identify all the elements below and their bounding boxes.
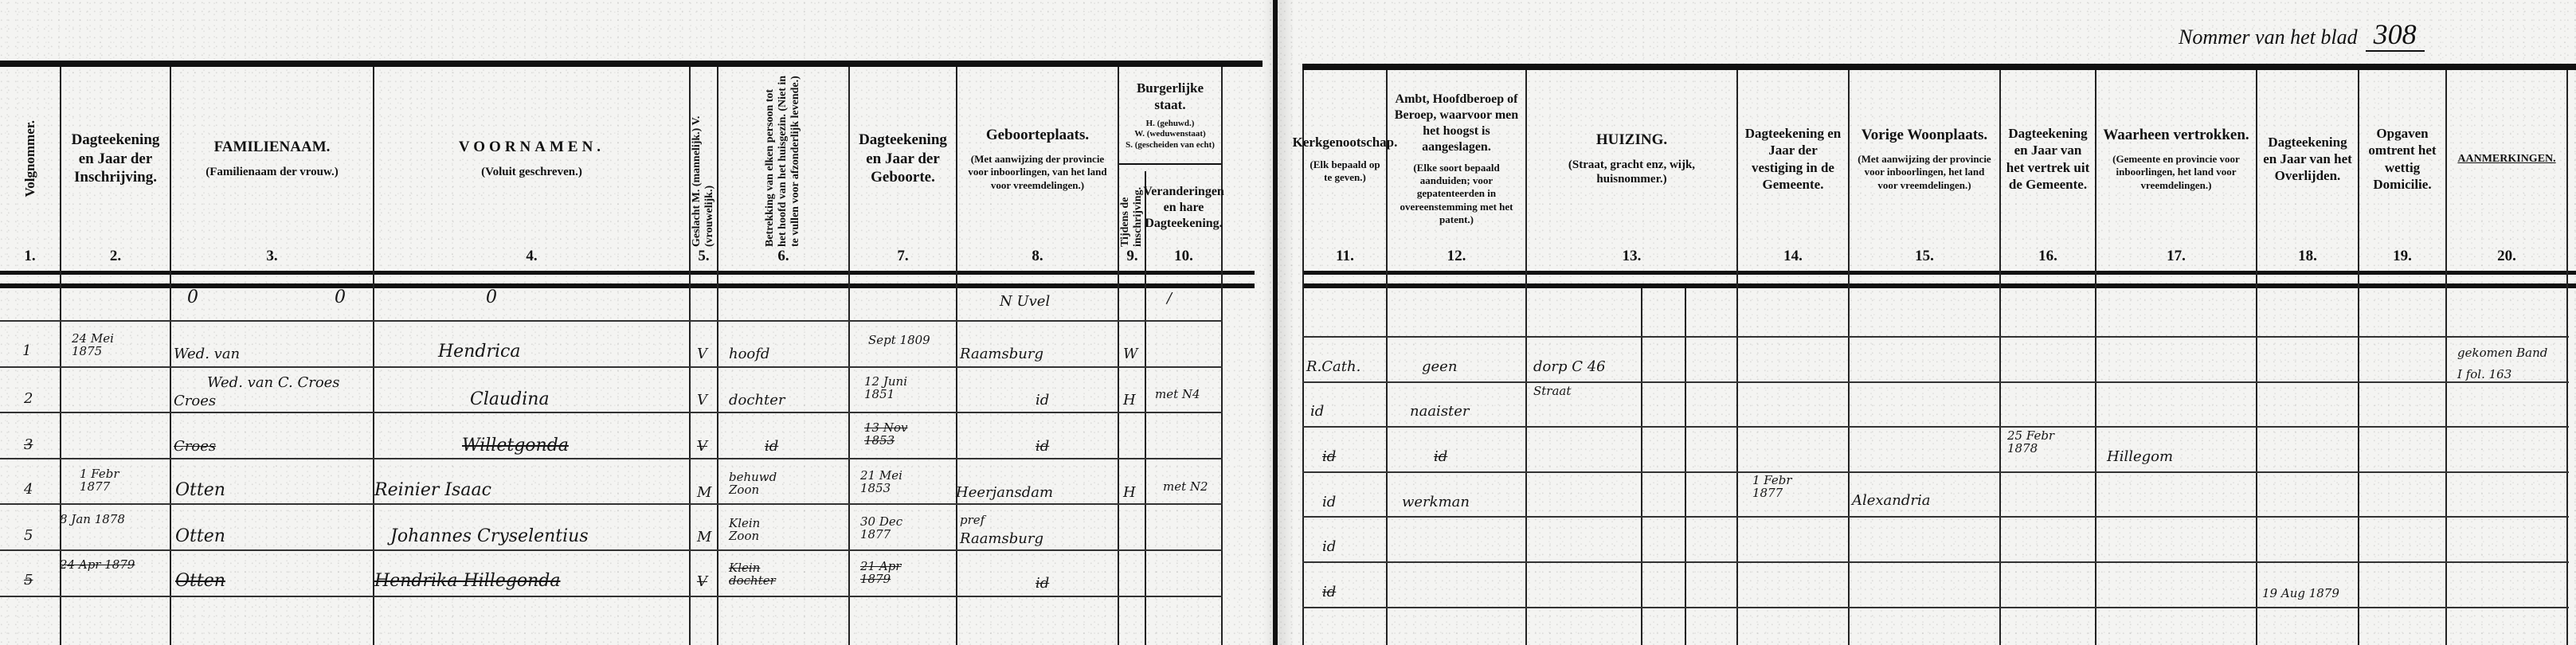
betrekking: id: [765, 440, 778, 455]
header-col-1: Volgnommer. 1.: [0, 68, 60, 271]
vorige-woonplaats: Alexandria: [1852, 494, 1931, 509]
header-bottom-rule: [0, 271, 1255, 275]
familienaam: Wed. van C. Croes: [207, 376, 340, 391]
waarheen-vertrokken: Hillegom: [2107, 450, 2173, 465]
familienaam: Croes: [174, 440, 216, 455]
header-sub: (Elke soort bepaald aanduiden; voor gepa…: [1392, 162, 1521, 226]
header-col-6: Betrekking van elken persoon tot het hoo…: [718, 68, 848, 271]
header-title: Dagteekening en Jaar van het Overlijden.: [2262, 134, 2353, 185]
row-divider: [0, 458, 1223, 459]
header-col-4: VOORNAMEN. (Voluit geschreven.) 4.: [374, 68, 689, 271]
header-num: 2.: [61, 247, 170, 266]
header-num: 18.: [2257, 247, 2358, 266]
header-col-7: Dagteekening en Jaar der Geboorte. 7.: [850, 68, 956, 271]
geboorteplaats: id: [1035, 577, 1049, 592]
familienaam: Otten: [175, 572, 225, 590]
header-title: Betrekking van elken persoon tot het hoo…: [764, 72, 802, 247]
aanmerkingen: gekomen Band I fol. 163: [2457, 342, 2553, 385]
col-divider: [1685, 288, 1686, 645]
kerkgenootschap: id: [1322, 495, 1336, 510]
geboorteplaats-prefix: pref: [960, 514, 985, 527]
header-title: VOORNAMEN.: [459, 138, 605, 157]
volgnommer: 5: [24, 529, 33, 544]
inschrijving-date: 24 Apr 1879: [60, 559, 147, 572]
betrekking: dochter: [729, 393, 785, 408]
header-num: 4.: [374, 247, 689, 266]
inschrijving-date: 24 Mei 1875: [72, 333, 143, 358]
row-divider: [0, 596, 1223, 597]
header-col-16: Dagteekening en Jaar van het vertrek uit…: [2001, 68, 2095, 271]
header-num: 8.: [957, 247, 1118, 266]
header-title: Geslacht M. (mannelijk.) V. (vrouwelijk.…: [691, 71, 716, 247]
header-title: Volgnommer.: [22, 120, 38, 197]
beroep: naaister: [1410, 405, 1470, 420]
inschrijving-date: 1 Febr 1877: [80, 468, 151, 494]
betrekking: Klein dochter: [729, 562, 785, 588]
kerkgenootschap: id: [1322, 540, 1336, 555]
familienaam: Wed. van: [174, 347, 240, 362]
geboorte-date: 30 Dec 1877: [860, 516, 932, 541]
geboorteplaats: Raamsburg: [960, 532, 1043, 547]
ditto-note: N Uvel: [1000, 295, 1050, 310]
burgerlijke-staat: W: [1123, 347, 1138, 362]
kerkgenootschap: id: [1310, 405, 1324, 420]
geslacht: V: [697, 440, 707, 455]
volgnommer: 5: [24, 573, 33, 588]
header-sub: (Voluit geschreven.): [481, 165, 582, 180]
row-divider: [1302, 381, 2569, 383]
ditto-mark: 0: [187, 288, 198, 307]
header-num: 10.: [1146, 247, 1221, 266]
header-burgerlijke-staat: Burgerlijke staat. H. (gehuwd.) W. (wedu…: [1119, 68, 1221, 163]
header-col-5: Geslacht M. (mannelijk.) V. (vrouwelijk.…: [691, 68, 717, 271]
header-col-14: Dagteekening en Jaar der vestiging in de…: [1738, 68, 1848, 271]
geboorte-date: 13 Nov 1853: [864, 422, 936, 448]
header-title: Opgaven omtrent het wettig Domicilie.: [2364, 125, 2441, 193]
header-title: HUIZING.: [1596, 131, 1667, 150]
familienaam-maiden: Croes: [174, 394, 216, 409]
volgnommer: 4: [24, 483, 33, 498]
header-num: 16.: [2001, 247, 2095, 266]
header-title: Dagteekening en Jaar der Geboorte.: [855, 131, 951, 187]
row-divider: [1302, 471, 2569, 473]
header-sub: (Met aanwijzing der provincie voor inboo…: [962, 153, 1113, 192]
header-title: Dagteekening en Jaar van het vertrek uit…: [2006, 125, 2090, 193]
row-divider: [1302, 561, 2569, 563]
betrekking: behuwd Zoon: [729, 471, 785, 497]
header-num: 11.: [1304, 247, 1386, 266]
ditto-mark: 0: [335, 288, 346, 307]
header-title: Dagteekening en Jaar der vestiging in de…: [1743, 125, 1843, 193]
geslacht: M: [697, 530, 711, 545]
header-title: Vorige Woonplaats.: [1862, 126, 1987, 145]
burgerlijke-staat: H: [1123, 393, 1136, 408]
header-col-9: Tijdens de inschrijving. 9.: [1119, 167, 1145, 271]
voornamen: Hendrika Hillegonda: [374, 572, 560, 590]
header-title: Tijdens de inschrijving.: [1119, 169, 1145, 247]
beroep: werkman: [1402, 495, 1470, 510]
header-num: 12.: [1388, 247, 1525, 266]
header-num: 5.: [691, 247, 717, 266]
header-title: Ambt, Hoofdberoep of Beroep, waarvoor me…: [1392, 92, 1521, 155]
beroep: geen: [1422, 360, 1457, 375]
header-col-12: Ambt, Hoofdberoep of Beroep, waarvoor me…: [1388, 68, 1525, 271]
header-title: Waarheen vertrokken.: [2103, 126, 2249, 145]
header-num: 3.: [171, 247, 373, 266]
vestiging-date: 1 Febr 1877: [1752, 475, 1824, 500]
geslacht: V: [697, 393, 707, 408]
header-col-3: FAMILIENAAM. (Familienaam der vrouw.) 3.: [171, 68, 373, 271]
header-num: 6.: [718, 247, 848, 266]
header-col-2: Dagteekening en Jaar der Inschrijving. 2…: [61, 68, 170, 271]
row-divider: [0, 320, 1223, 322]
col-divider: [1641, 288, 1642, 645]
header-col-15: Vorige Woonplaats. (Met aanwijzing der p…: [1850, 68, 1999, 271]
header-title: Veranderingen en hare Dagteekening.: [1143, 184, 1224, 232]
voornamen: Claudina: [470, 390, 550, 408]
header-num: 19.: [2359, 247, 2445, 266]
voornamen: Hendrica: [438, 342, 520, 361]
sheet-number-label: Nommer van het blad: [2179, 25, 2358, 49]
voornamen: Reinier Isaac: [374, 481, 491, 499]
header-col-17: Waarheen vertrokken. (Gemeente en provin…: [2096, 68, 2256, 271]
header-title: AANMERKINGEN.: [2457, 152, 2555, 166]
voornamen: Willetgonda: [462, 436, 569, 455]
row-divider: [0, 503, 1223, 505]
header-top-rule: [0, 61, 1263, 67]
header-sub: (Straat, gracht enz, wijk, huisnommer.): [1532, 158, 1732, 188]
geslacht: V: [697, 347, 707, 362]
row-divider: [0, 412, 1223, 413]
legend-h: H. (gehuwd.): [1146, 119, 1195, 130]
ditto-mark: 0: [486, 288, 497, 307]
geboorteplaats: id: [1035, 393, 1049, 408]
geboorteplaats: Raamsburg: [960, 347, 1043, 362]
header-title: Burgerlijke staat.: [1122, 80, 1218, 114]
header-sub: (Met aanwijzing der provincie voor inboo…: [1854, 153, 1995, 192]
voornamen: Johannes Cryselentius: [390, 527, 589, 545]
sheet-number: Nommer van het blad308: [2179, 18, 2425, 51]
header-num: 1.: [0, 247, 60, 266]
kerkgenootschap: id: [1322, 585, 1336, 600]
betrekking: hoofd: [729, 347, 769, 362]
header-num: 15.: [1850, 247, 1999, 266]
veranderingen: met N4: [1155, 389, 1200, 401]
header-col-18: Dagteekening en Jaar van het Overlijden.…: [2257, 68, 2358, 271]
header-title: FAMILIENAAM.: [214, 138, 331, 157]
col-divider: [1221, 67, 1223, 645]
header-title: Dagteekening en Jaar der Inschrijving.: [66, 131, 165, 187]
header-sub: (Elk bepaald op te geven.): [1309, 158, 1381, 185]
header-num: 13.: [1527, 247, 1736, 266]
header-title: Kerkgenootschap.: [1293, 134, 1398, 150]
inschrijving-date: 8 Jan 1878: [60, 514, 147, 526]
header-num: 20.: [2447, 247, 2566, 266]
geboorte-date: 21 Apr 1879: [860, 561, 932, 586]
volgnommer: 1: [22, 344, 31, 359]
col-divider: [2566, 70, 2568, 645]
header-col-10: Veranderingen en hare Dagteekening. 10.: [1146, 167, 1221, 271]
huizing: Straat: [1533, 385, 1571, 398]
kerkgenootschap: R.Cath.: [1306, 360, 1360, 375]
geboorteplaats: id: [1035, 440, 1049, 455]
veranderingen: met N2: [1163, 481, 1208, 494]
header-sub: (Familienaam der vrouw.): [206, 165, 339, 180]
header-col-20: AANMERKINGEN. 20.: [2447, 68, 2566, 271]
row-divider: [1302, 607, 2569, 608]
data-top-rule: [1302, 283, 2576, 288]
legend-s: S. (gescheiden van echt): [1126, 140, 1215, 151]
row-divider: [1302, 426, 2569, 428]
overlijden-date: 19 Aug 1879: [2262, 588, 2339, 600]
huizing: dorp C 46: [1533, 360, 1606, 375]
familienaam: Otten: [175, 481, 225, 499]
header-num: 9.: [1119, 247, 1145, 266]
geslacht: M: [697, 486, 711, 501]
volgnommer: 3: [24, 438, 33, 453]
header-sub: (Gemeente en provincie voor inboorlingen…: [2101, 153, 2251, 192]
row-divider: [0, 366, 1223, 368]
header-col-11: Kerkgenootschap. (Elk bepaald op te geve…: [1304, 68, 1386, 271]
beroep: id: [1434, 450, 1447, 465]
geboorte-date: 21 Mei 1853: [860, 470, 932, 495]
geboorteplaats: Heerjansdam: [956, 486, 1053, 501]
sheet-number-value: 308: [2366, 18, 2425, 52]
kerkgenootschap: id: [1322, 450, 1336, 465]
header-title: Geboorteplaats.: [986, 126, 1089, 145]
geboorte-date: 12 Juni 1851: [864, 376, 936, 401]
geboorte-date: Sept 1809: [868, 334, 932, 347]
header-num: 17.: [2096, 247, 2256, 266]
row-divider: [1302, 516, 2569, 518]
header-col-19: Opgaven omtrent het wettig Domicilie. 19…: [2359, 68, 2445, 271]
row-divider: [1302, 336, 2569, 338]
vertrek-date: 25 Febr 1878: [2007, 430, 2087, 455]
ditto-note: /: [1167, 291, 1172, 307]
legend-w: W. (weduwenstaat): [1134, 129, 1205, 140]
header-col-13: HUIZING. (Straat, gracht enz, wijk, huis…: [1527, 68, 1736, 271]
burgerlijke-staat-divider: [1119, 163, 1221, 165]
burgerlijke-staat: H: [1123, 486, 1136, 501]
header-col-8: Geboorteplaats. (Met aanwijzing der prov…: [957, 68, 1118, 271]
geslacht: V: [697, 575, 707, 590]
volgnommer: 2: [24, 392, 33, 407]
row-divider: [0, 549, 1223, 551]
header-bottom-rule: [1302, 271, 2576, 275]
familienaam: Otten: [175, 527, 225, 545]
header-num: 7.: [850, 247, 956, 266]
header-num: 14.: [1738, 247, 1848, 266]
betrekking: Klein Zoon: [729, 518, 785, 543]
